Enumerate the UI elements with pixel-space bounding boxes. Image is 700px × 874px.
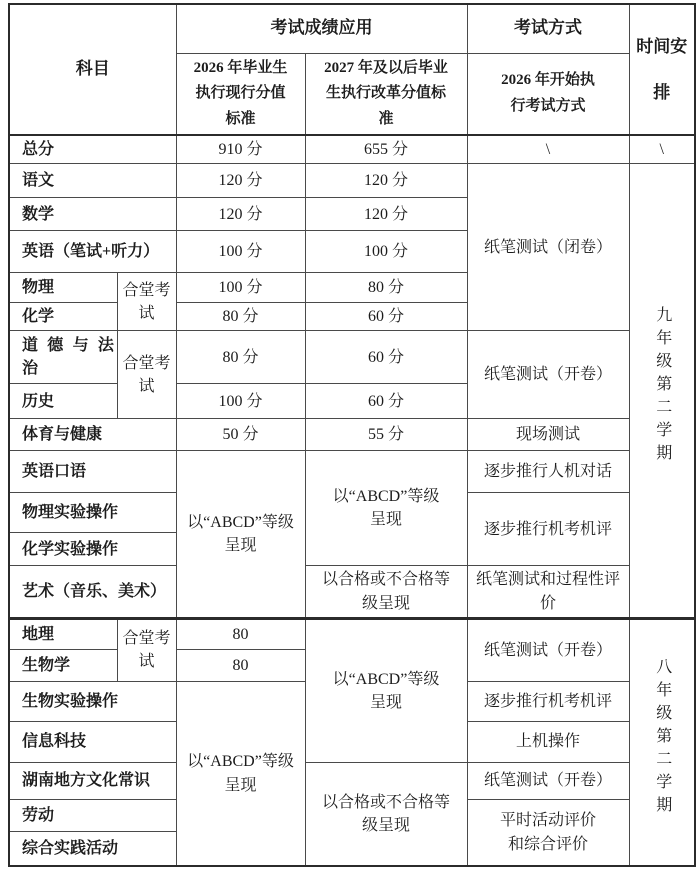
cell-biology-score-2026: 80 (176, 649, 305, 681)
header-standard-2026-text: 2026 年毕业生执行现行分值标准 (192, 56, 290, 133)
header-method-2026-text: 2026 年开始执行考试方式 (500, 68, 596, 119)
cell-passfail-grade-2027-g8: 以合格或不合格等级呈现 (305, 762, 467, 866)
cell-total-method: \ (467, 135, 629, 164)
cell-joint-exam-geography-biology: 合堂考试 (117, 618, 176, 681)
cell-it-method: 上机操作 (467, 721, 629, 762)
cell-chemistry-score-2026: 80 分 (176, 303, 305, 331)
cell-hunan-culture-subject: 湖南地方文化常识 (9, 762, 176, 799)
cell-total-score-2027: 655 分 (305, 135, 467, 164)
cell-art-method: 纸笔测试和过程性评价 (467, 566, 629, 618)
cell-labor-practice-method: 平时活动评价和综合评价 (467, 799, 629, 866)
cell-practice-subject: 综合实践活动 (9, 831, 176, 866)
exam-schedule-table-page: 科目 考试成绩应用 考试方式 时间安排 2026 年毕业生执行现行分值标准 20… (0, 0, 700, 874)
cell-it-subject: 信息科技 (9, 721, 176, 762)
cell-chemistry-subject: 化学 (9, 303, 117, 331)
cell-physics-lab-subject: 物理实验操作 (9, 493, 176, 533)
header-standard-2026: 2026 年毕业生执行现行分值标准 (176, 53, 305, 135)
cell-art-subject: 艺术（音乐、美术） (9, 566, 176, 618)
cell-total-time: \ (629, 135, 695, 164)
cell-morality-subject: 道德与法治 (9, 331, 117, 384)
cell-english-score-2027: 100 分 (305, 231, 467, 273)
cell-pe-subject: 体育与健康 (9, 419, 176, 451)
cell-english-subject: 英语（笔试+听力） (9, 231, 176, 273)
cell-chinese-score-2027: 120 分 (305, 164, 467, 198)
cell-math-subject: 数学 (9, 198, 176, 231)
cell-geography-subject: 地理 (9, 618, 117, 649)
cell-physics-lab-method: 逐步推行机考机评 (467, 493, 629, 566)
cell-biology-subject: 生物学 (9, 649, 117, 681)
cell-time-grade8-text: 八年级第二学期 (654, 658, 670, 819)
cell-abcd-grade-2027-g9: 以“ABCD”等级呈现 (305, 451, 467, 566)
cell-history-score-2027: 60 分 (305, 384, 467, 419)
cell-art-grade-2027: 以合格或不合格等级呈现 (305, 566, 467, 618)
cell-abcd-grade-2027-g8-text: 以“ABCD”等级呈现 (331, 668, 441, 714)
cell-chemistry-score-2027: 60 分 (305, 303, 467, 331)
cell-pe-score-2026: 50 分 (176, 419, 305, 451)
cell-history-subject: 历史 (9, 384, 117, 419)
cell-hunan-culture-method: 纸笔测试（开卷） (467, 762, 629, 799)
cell-labor-practice-method-text: 平时活动评价和综合评价 (496, 809, 600, 855)
cell-oral-english-subject: 英语口语 (9, 451, 176, 493)
header-time-arrangement: 时间安排 (629, 4, 695, 135)
cell-physics-subject: 物理 (9, 273, 117, 303)
cell-abcd-grade-2027-g9-text: 以“ABCD”等级呈现 (331, 485, 441, 531)
cell-method-closed-book: 纸笔测试（闭卷） (467, 164, 629, 331)
cell-method-open-book-geography: 纸笔测试（开卷） (467, 618, 629, 681)
cell-art-grade-2027-text: 以合格或不合格等级呈现 (319, 568, 453, 614)
cell-morality-subject-text: 道德与法治 (22, 334, 117, 380)
header-exam-method: 考试方式 (467, 4, 629, 53)
header-score-application: 考试成绩应用 (176, 4, 467, 53)
cell-time-grade9-text: 九年级第二学期 (654, 306, 670, 467)
cell-time-grade9: 九年级第二学期 (629, 164, 695, 619)
cell-biology-lab-method: 逐步推行机考机评 (467, 681, 629, 721)
cell-joint-exam-morality-history: 合堂考试 (117, 331, 176, 419)
cell-math-score-2027: 120 分 (305, 198, 467, 231)
cell-joint-exam-physics-chemistry: 合堂考试 (117, 273, 176, 331)
cell-abcd-grade-2026-g9: 以“ABCD”等级呈现 (176, 451, 305, 618)
cell-abcd-grade-2027-g8: 以“ABCD”等级呈现 (305, 618, 467, 762)
cell-total-subject: 总分 (9, 135, 176, 164)
cell-oral-english-method: 逐步推行人机对话 (467, 451, 629, 493)
cell-morality-score-2026: 80 分 (176, 331, 305, 384)
cell-passfail-grade-2027-g8-text: 以合格或不合格等级呈现 (319, 791, 453, 837)
cell-abcd-grade-2026-g9-text: 以“ABCD”等级呈现 (186, 511, 296, 557)
header-method-2026: 2026 年开始执行考试方式 (467, 53, 629, 135)
cell-time-grade8: 八年级第二学期 (629, 618, 695, 866)
cell-abcd-grade-2026-g8-text: 以“ABCD”等级呈现 (186, 750, 296, 796)
header-standard-2027: 2027 年及以后毕业生执行改革分值标准 (305, 53, 467, 135)
cell-total-score-2026: 910 分 (176, 135, 305, 164)
cell-math-score-2026: 120 分 (176, 198, 305, 231)
header-subject: 科目 (9, 4, 176, 135)
cell-chinese-subject: 语文 (9, 164, 176, 198)
cell-pe-score-2027: 55 分 (305, 419, 467, 451)
cell-history-score-2026: 100 分 (176, 384, 305, 419)
cell-physics-score-2026: 100 分 (176, 273, 305, 303)
cell-pe-method: 现场测试 (467, 419, 629, 451)
cell-biology-lab-subject: 生物实验操作 (9, 681, 176, 721)
cell-physics-score-2027: 80 分 (305, 273, 467, 303)
cell-abcd-grade-2026-g8: 以“ABCD”等级呈现 (176, 681, 305, 866)
cell-chemistry-lab-subject: 化学实验操作 (9, 533, 176, 566)
cell-labor-subject: 劳动 (9, 799, 176, 831)
cell-chinese-score-2026: 120 分 (176, 164, 305, 198)
cell-method-open-book-morality: 纸笔测试（开卷） (467, 331, 629, 419)
cell-geography-score-2026: 80 (176, 618, 305, 649)
header-standard-2027-text: 2027 年及以后毕业生执行改革分值标准 (320, 56, 452, 133)
cell-morality-score-2027: 60 分 (305, 331, 467, 384)
cell-english-score-2026: 100 分 (176, 231, 305, 273)
cell-art-method-text: 纸笔测试和过程性评价 (473, 568, 623, 614)
exam-schedule-table: 科目 考试成绩应用 考试方式 时间安排 2026 年毕业生执行现行分值标准 20… (8, 3, 696, 867)
